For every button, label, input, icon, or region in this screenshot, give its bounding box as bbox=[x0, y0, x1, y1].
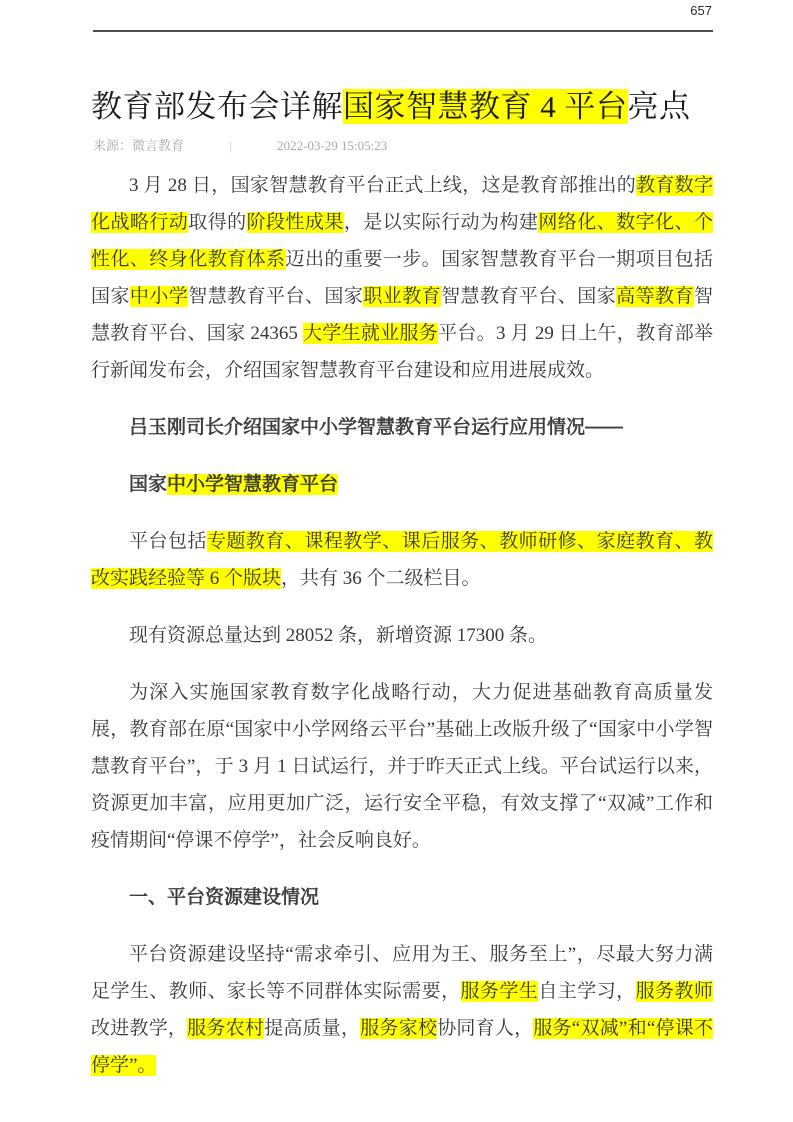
paragraph-platform-sections: 平台包括专题教育、课程教学、课后服务、教师研修、家庭教育、教改实践经验等 6 个… bbox=[91, 523, 713, 597]
article-title: 教育部发布会详解国家智慧教育 4 平台亮点 bbox=[91, 86, 713, 128]
text-run: 现有资源总量达到 28052 条，新增资源 17300 条。 bbox=[129, 625, 547, 646]
article-body: 3 月 28 日，国家智慧教育平台正式上线，这是教育部推出的教育数字化战略行动取… bbox=[91, 167, 713, 1084]
text-run: 智慧教育平台、国家 bbox=[441, 286, 616, 307]
paragraph-resource-totals: 现有资源总量达到 28052 条，新增资源 17300 条。 bbox=[91, 617, 713, 654]
text-run: 亮点 bbox=[628, 89, 691, 124]
text-run: 提高质量， bbox=[264, 1018, 360, 1039]
text-run: 为深入实施国家教育数字化战略行动，大力促进基础教育高质量发展，教育部在原“国家中… bbox=[91, 682, 713, 851]
text-run: 取得的 bbox=[188, 212, 246, 233]
highlighted-text: 大学生就业服务 bbox=[303, 323, 438, 344]
highlighted-text: 阶段性成果 bbox=[247, 212, 344, 233]
text-run: 平台包括 bbox=[129, 531, 207, 552]
paragraph-platform-upgrade: 为深入实施国家教育数字化战略行动，大力促进基础教育高质量发展，教育部在原“国家中… bbox=[91, 674, 713, 859]
highlighted-text: 中小学智慧教育平台 bbox=[167, 474, 338, 495]
text-run: 改进教学， bbox=[91, 1018, 187, 1039]
source-label: 来源：微言教育 bbox=[93, 138, 184, 153]
paragraph-intro: 3 月 28 日，国家智慧教育平台正式上线，这是教育部推出的教育数字化战略行动取… bbox=[91, 167, 713, 389]
article-source-line: 来源：微言教育 | 2022-03-29 15:05:23 bbox=[93, 135, 713, 154]
highlighted-text: 服务家校 bbox=[360, 1018, 437, 1039]
text-run: 自主学习， bbox=[538, 981, 635, 1002]
text-run: 吕玉刚司长介绍国家中小学智慧教育平台运行应用情况—— bbox=[129, 417, 623, 438]
highlighted-text: 高等教育 bbox=[616, 286, 694, 307]
heading-speaker-intro: 吕玉刚司长介绍国家中小学智慧教育平台运行应用情况—— bbox=[91, 409, 713, 446]
highlighted-text: 中小学 bbox=[130, 286, 188, 307]
heading-section-one: 一、平台资源建设情况 bbox=[91, 879, 713, 916]
text-run: 国家 bbox=[129, 474, 167, 495]
text-run: ，共有 36 个二级栏目。 bbox=[281, 568, 481, 589]
highlighted-text: 服务农村 bbox=[187, 1018, 264, 1039]
article-page: 教育部发布会详解国家智慧教育 4 平台亮点 来源：微言教育 | 2022-03-… bbox=[91, 0, 713, 1104]
source-separator: | bbox=[229, 138, 232, 154]
highlighted-text: 国家智慧教育 4 平台 bbox=[343, 89, 628, 124]
text-run: 一、平台资源建设情况 bbox=[129, 887, 319, 908]
text-run: 教育部发布会详解 bbox=[91, 89, 343, 124]
text-run: ，是以实际行动为构建 bbox=[344, 212, 539, 233]
text-run: 3 月 28 日，国家智慧教育平台正式上线，这是教育部推出的 bbox=[129, 175, 636, 196]
heading-platform-name: 国家中小学智慧教育平台 bbox=[91, 466, 713, 503]
text-run: 协同育人， bbox=[437, 1018, 533, 1039]
highlighted-text: 职业教育 bbox=[363, 286, 441, 307]
paragraph-resource-building: 平台资源建设坚持“需求牵引、应用为王、服务至上”，尽最大努力满足学生、教师、家长… bbox=[91, 936, 713, 1084]
text-run: 智慧教育平台、国家 bbox=[188, 286, 363, 307]
highlighted-text: 服务教师 bbox=[636, 981, 713, 1002]
highlighted-text: 服务学生 bbox=[461, 981, 539, 1002]
source-timestamp: 2022-03-29 15:05:23 bbox=[277, 138, 387, 153]
